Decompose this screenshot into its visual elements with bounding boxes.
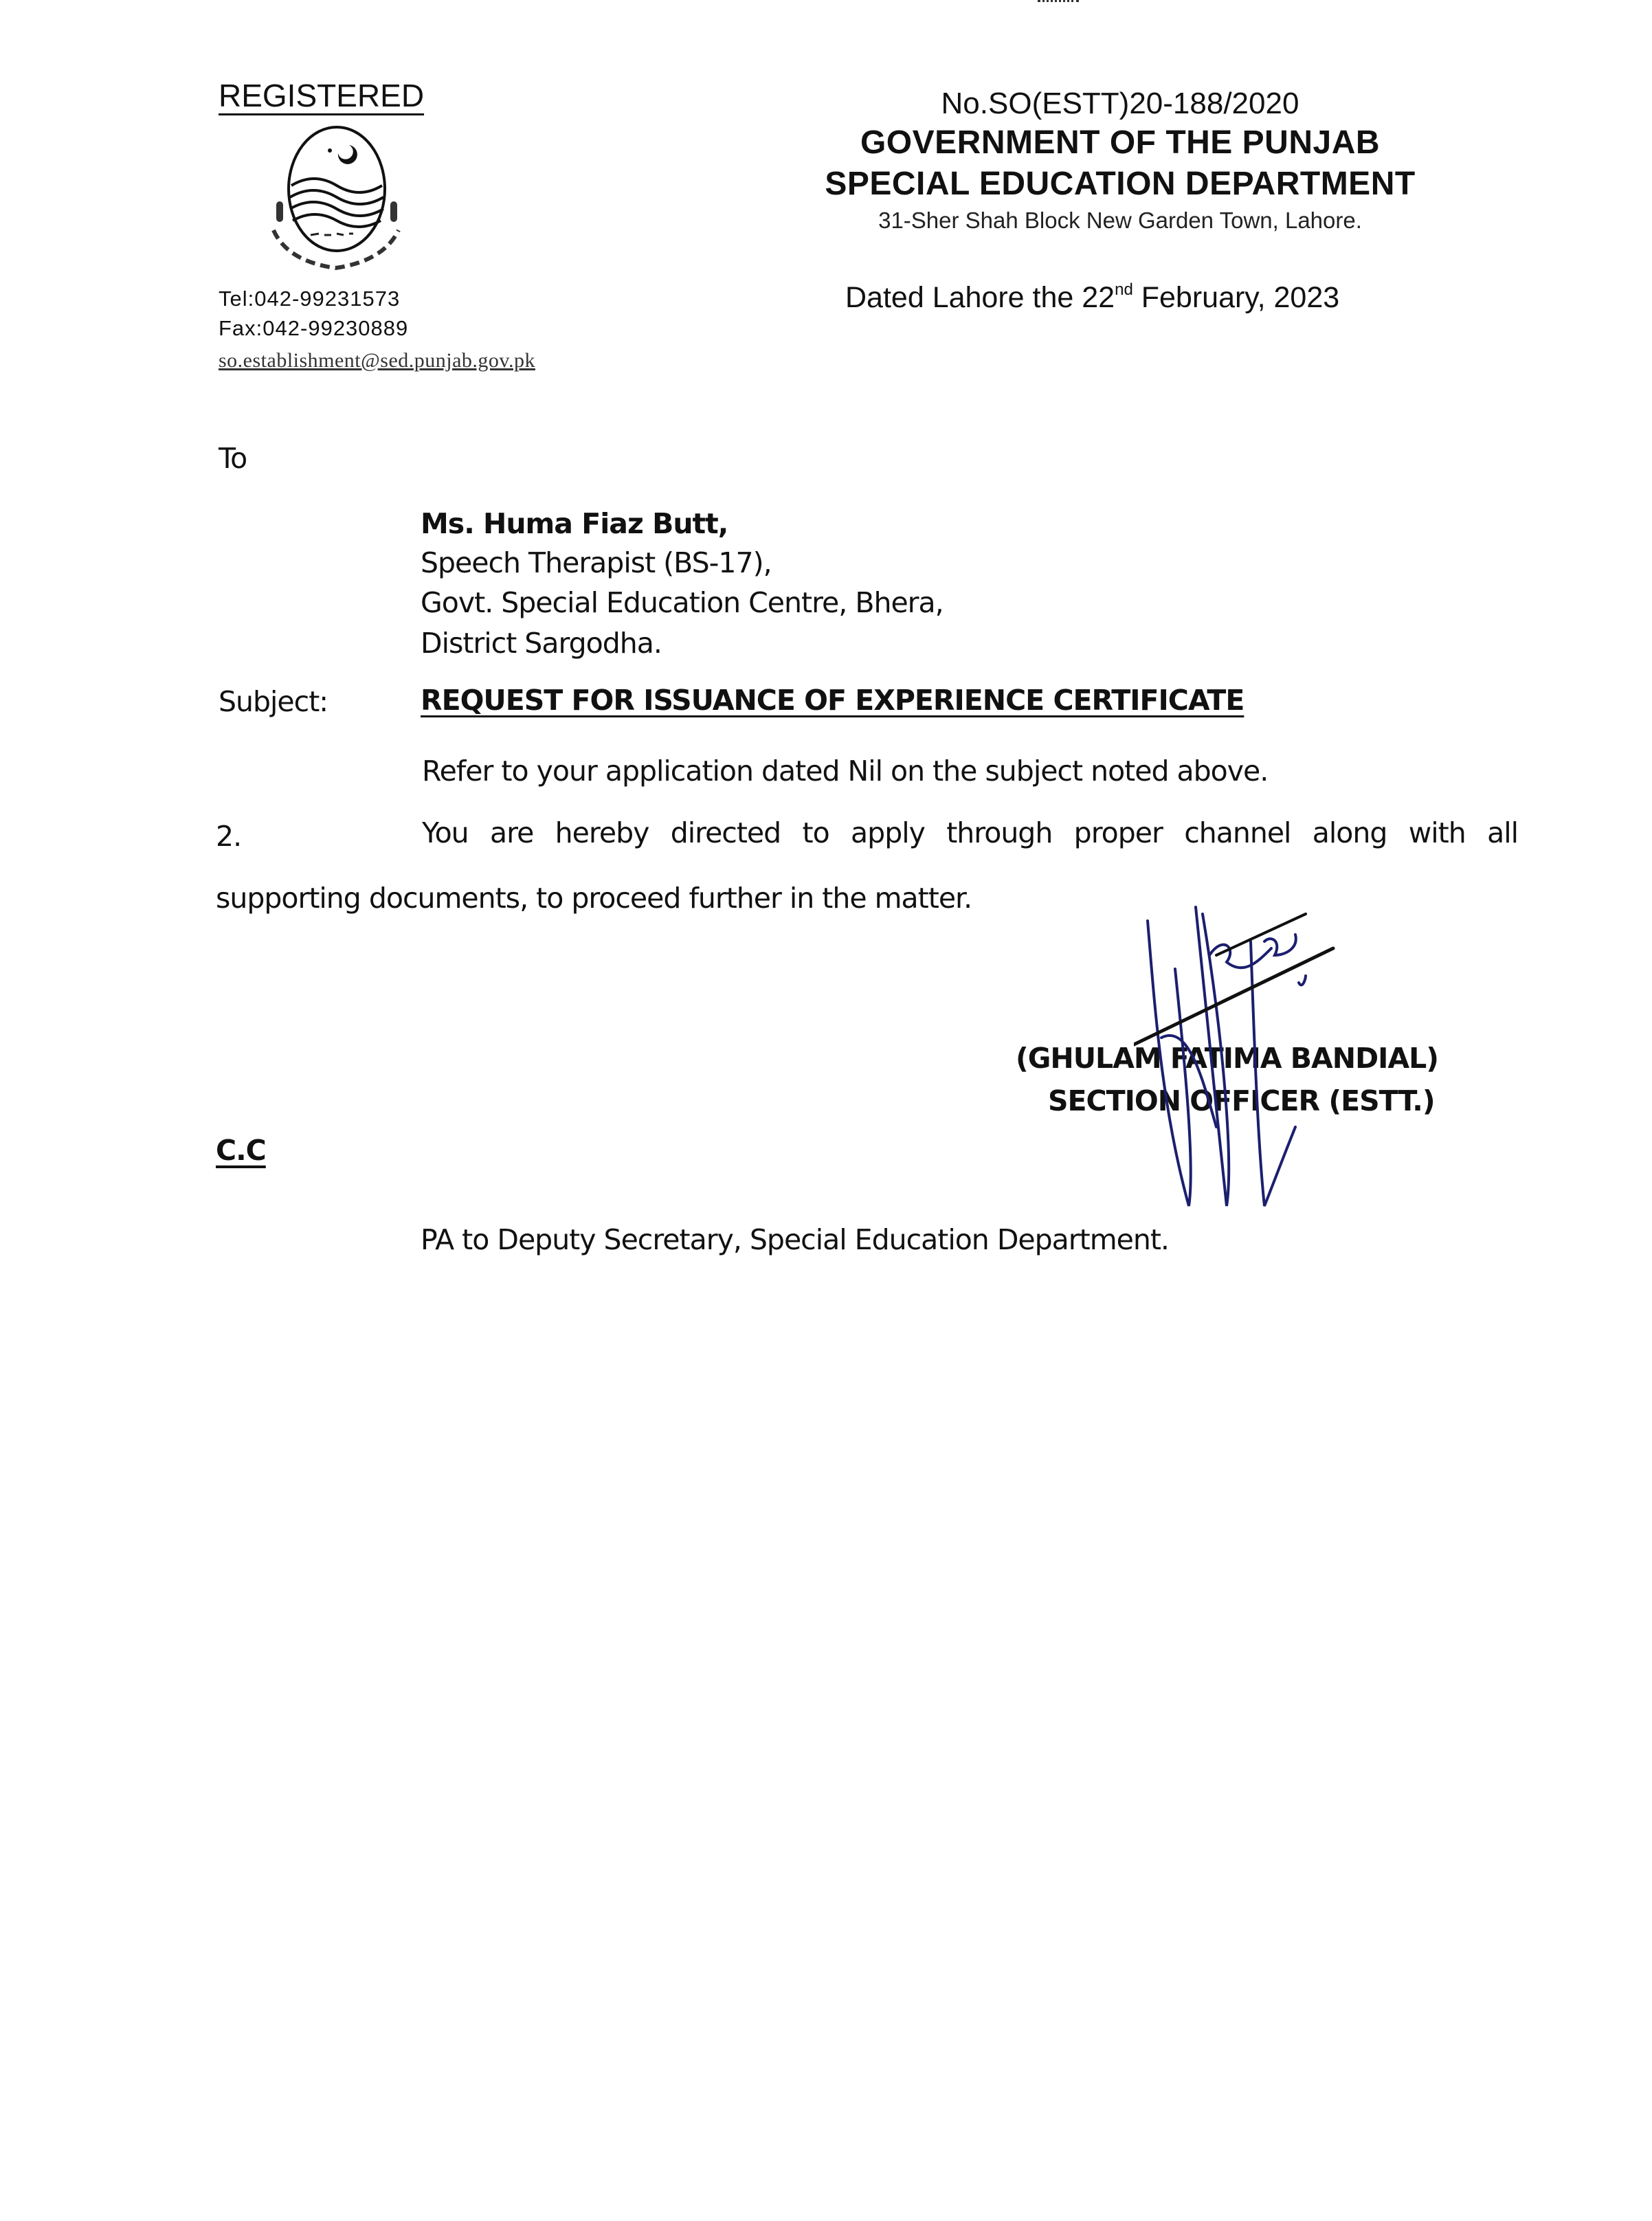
letter-date: Dated Lahore the 22nd February, 2023 — [845, 280, 1339, 315]
fax-number: Fax:042-99230889 — [219, 316, 408, 341]
government-title: GOVERNMENT OF THE PUNJAB — [777, 124, 1464, 161]
paragraph-2-number: 2. — [216, 820, 241, 853]
date-prefix: Dated Lahore the 22 — [845, 281, 1115, 314]
department-address: 31-Sher Shah Block New Garden Town, Laho… — [777, 208, 1464, 234]
date-ordinal-suffix: nd — [1115, 280, 1133, 299]
subject-label: Subject: — [219, 685, 328, 718]
paragraph-2-line-1: You are hereby directed to apply through… — [422, 816, 1518, 849]
recipient-institution: Govt. Special Education Centre, Bhera, — [421, 586, 944, 619]
top-scan-fragment — [1038, 0, 1079, 9]
paragraph-2-line-2: supporting documents, to proceed further… — [216, 882, 972, 915]
punjab-emblem-icon — [234, 120, 440, 282]
cc-recipient: PA to Deputy Secretary, Special Educatio… — [421, 1223, 1169, 1256]
paragraph-1: Refer to your application dated Nil on t… — [422, 755, 1268, 788]
cc-label: C.C — [216, 1134, 266, 1167]
recipient-district: District Sargodha. — [421, 627, 662, 660]
subject-text: REQUEST FOR ISSUANCE OF EXPERIENCE CERTI… — [421, 684, 1244, 717]
handwritten-signature-icon — [1134, 900, 1381, 1216]
registered-label: REGISTERED — [219, 77, 424, 114]
telephone-number: Tel:042-99231573 — [219, 287, 400, 311]
recipient-name: Ms. Huma Fiaz Butt, — [421, 507, 728, 540]
top-stamp-fragment — [807, 0, 897, 8]
date-rest: February, 2023 — [1133, 281, 1339, 314]
email-link[interactable]: so.establishment@sed.punjab.gov.pk — [219, 349, 535, 372]
department-title: SPECIAL EDUCATION DEPARTMENT — [777, 165, 1464, 203]
recipient-designation: Speech Therapist (BS-17), — [421, 546, 772, 579]
to-label: To — [219, 442, 247, 475]
reference-number: No.SO(ESTT)20-188/2020 — [777, 87, 1464, 121]
